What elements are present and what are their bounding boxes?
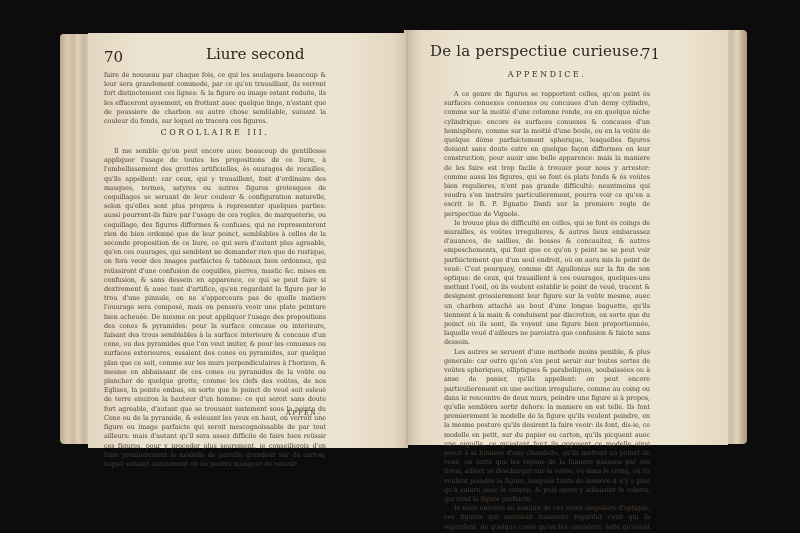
running-title: De la perspectiue curieuse. <box>430 42 644 60</box>
section-title: APPENDICE. <box>444 70 650 79</box>
right-body: A ce genre de figures se rapportent cell… <box>444 90 650 533</box>
page-number: 71 <box>641 45 660 63</box>
left-page-header: 70 Liure second <box>88 45 408 67</box>
paragraph: Les autres se seruent d'une methode moin… <box>444 348 650 504</box>
paragraph: Ie trouue plus de difficulté en celles, … <box>444 219 650 348</box>
left-top-paragraph: faire de nouueau par chaque fois, ce qui… <box>104 71 326 126</box>
paragraph: faire de nouueau par chaque fois, ce qui… <box>104 71 326 126</box>
right-page-header: De la perspectiue curieuse. 71 <box>408 42 728 64</box>
section-title: COROLLAIRE III. <box>104 128 326 137</box>
left-body: Il me semble qu'on peut encore auec beau… <box>104 147 326 469</box>
running-title: Liure second <box>206 45 305 63</box>
right-page-edges <box>725 30 747 444</box>
page-number: 70 <box>104 48 123 66</box>
right-page: De la perspectiue curieuse. 71 APPENDICE… <box>408 30 728 445</box>
catchword: APPEN- <box>286 409 321 417</box>
paragraph: Ie mets encores au nombre de ces traits … <box>444 504 650 533</box>
left-page: 70 Liure second faire de nouueau par cha… <box>88 33 408 448</box>
left-page-edges <box>60 34 90 444</box>
paragraph: A ce genre de figures se rapportent cell… <box>444 90 650 219</box>
open-book: 70 Liure second faire de nouueau par cha… <box>0 0 800 533</box>
paragraph: Il me semble qu'on peut encore auec beau… <box>104 147 326 469</box>
